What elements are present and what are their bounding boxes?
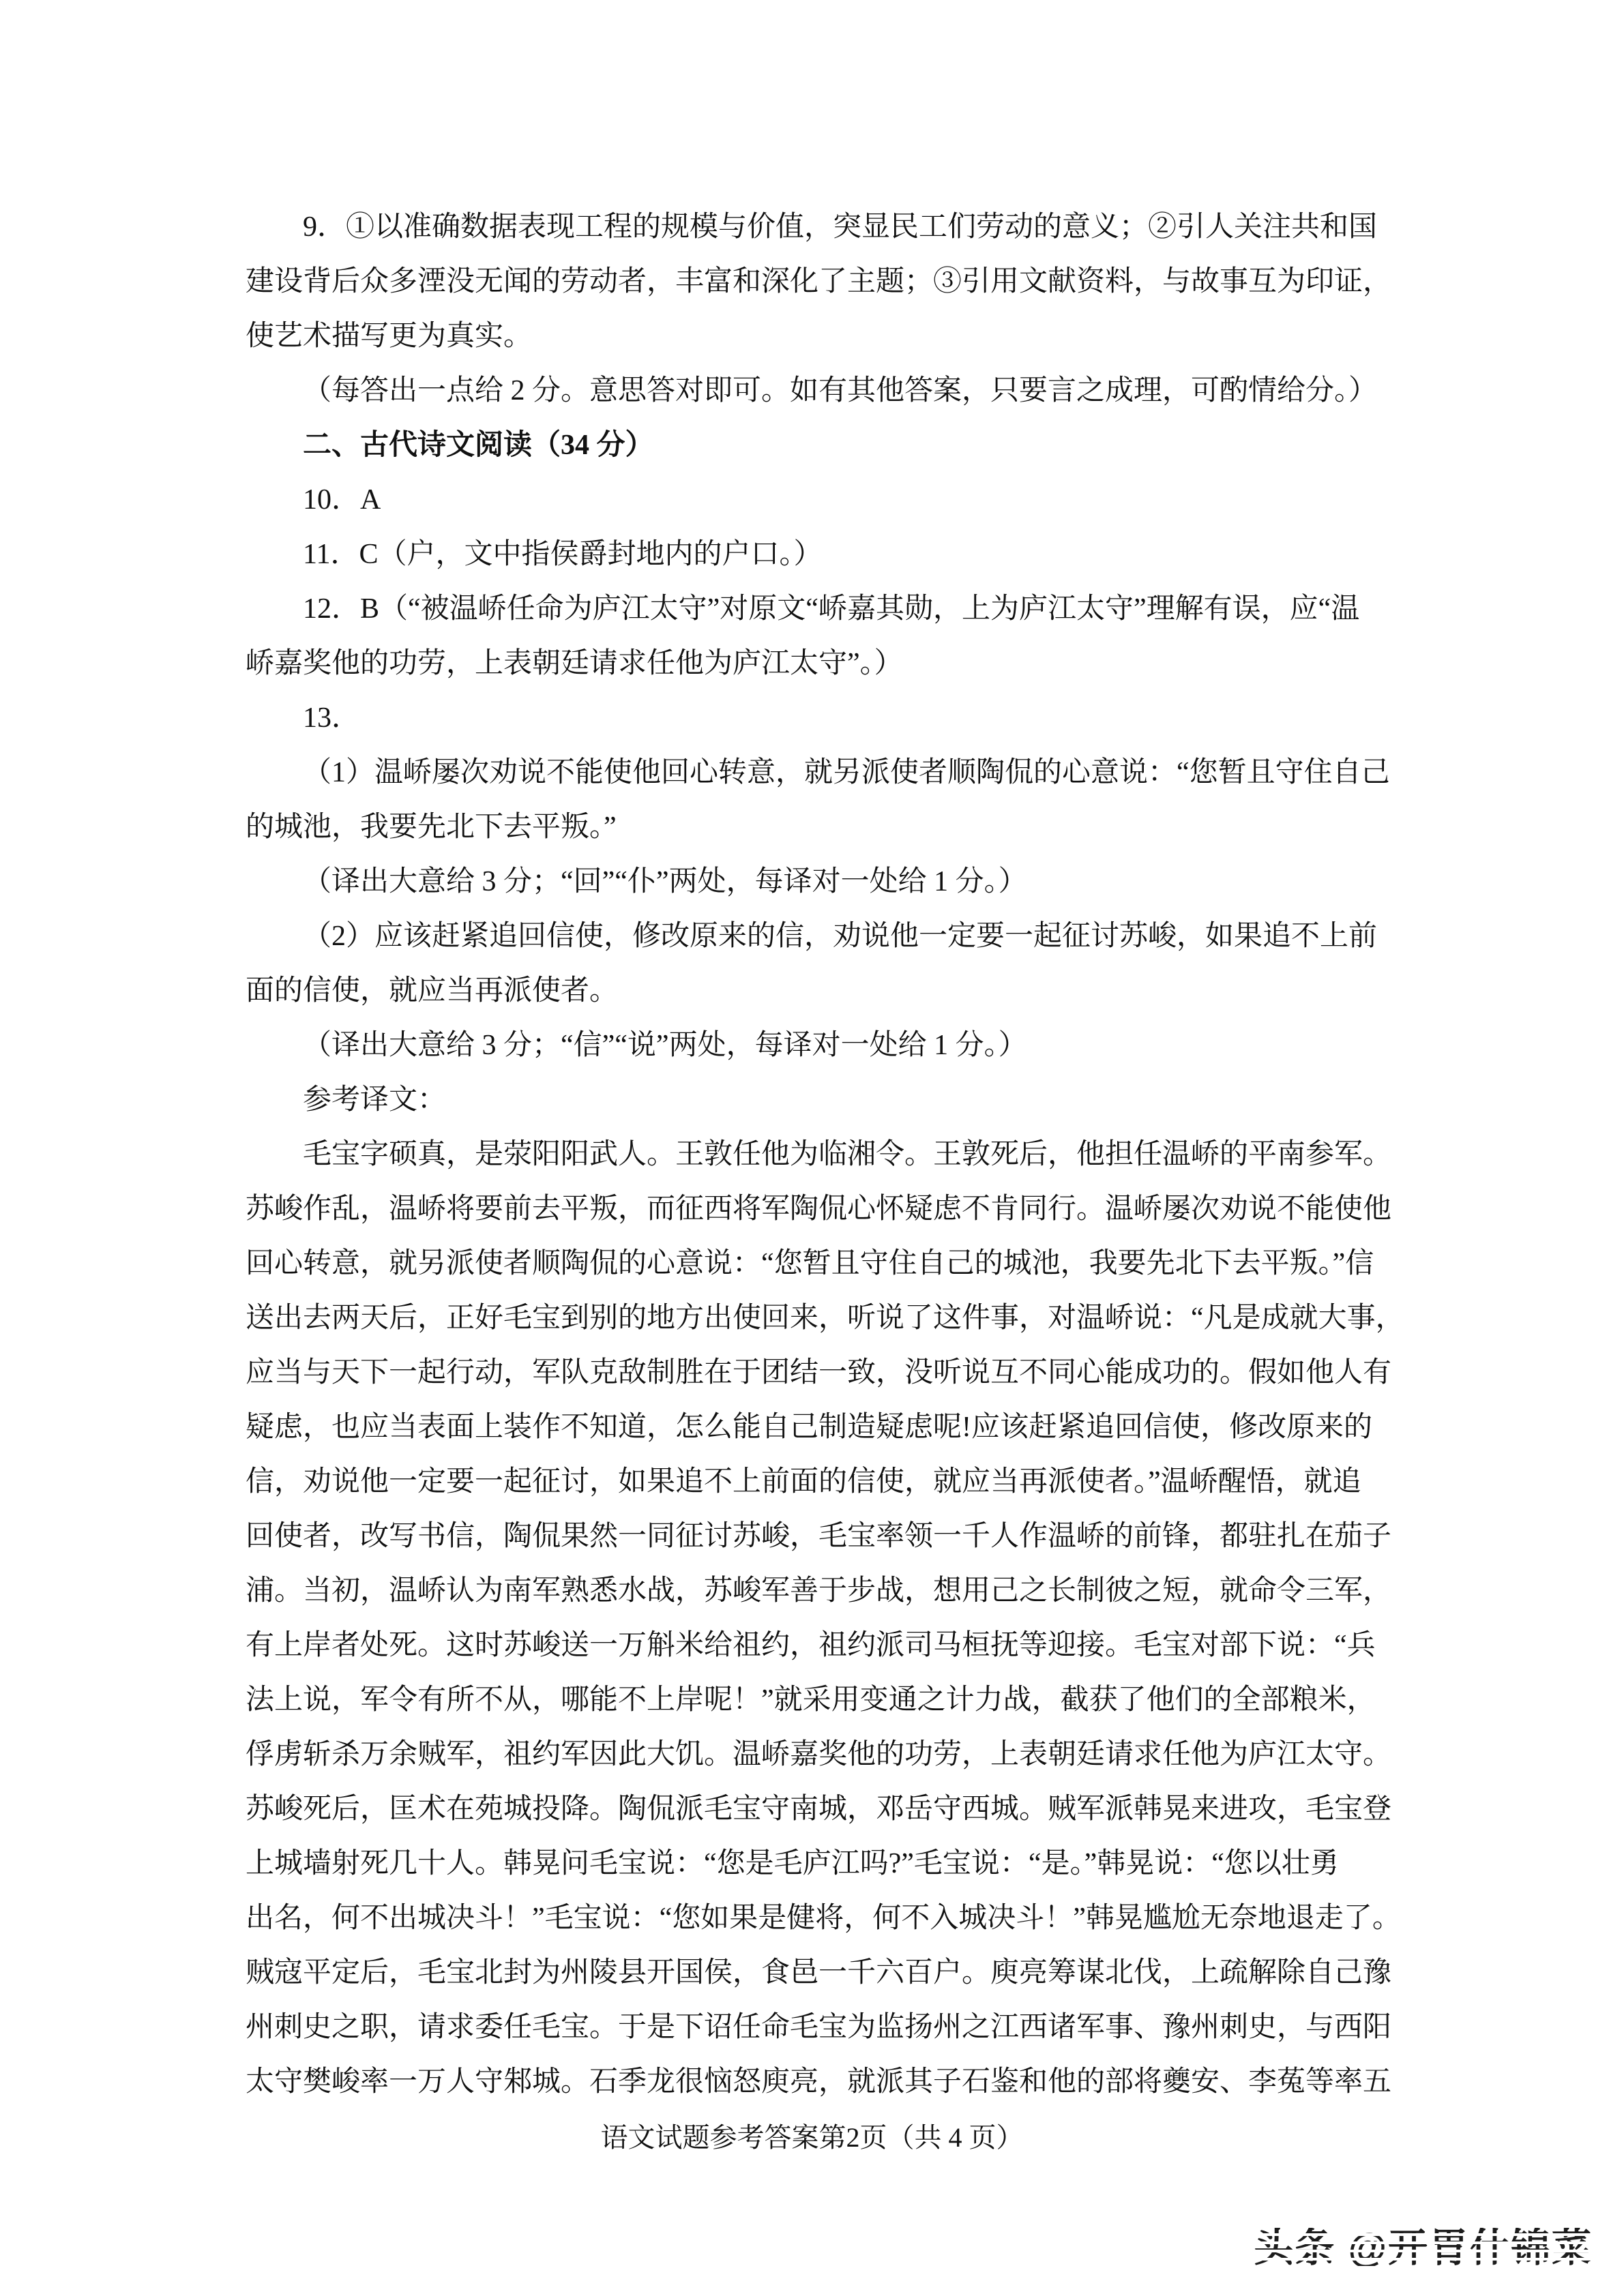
- page-footer: 语文试题参考答案第2页（共 4 页）: [0, 2111, 1624, 2165]
- text-line: 应当与天下一起行动，军队克敌制胜在于团结一致，没听说互不同心能成功的。假如他人有: [246, 1345, 1405, 1400]
- text-line: 13．: [246, 691, 1405, 745]
- answer-sheet-page: 9．①以准确数据表现工程的规模与价值，突显民工们劳动的意义；②引人关注共和国建设…: [0, 0, 1624, 2296]
- text-line: 参考译文：: [246, 1073, 1405, 1127]
- section-heading: 二、古代诗文阅读（34 分）: [246, 418, 1405, 473]
- text-line: 12．B（“被温峤任命为庐江太守”对原文“峤嘉其勋，上为庐江太守”理解有误，应“…: [246, 582, 1405, 636]
- text-line: （2）应该赶紧追回信使，修改原来的信，劝说他一定要一起征讨苏峻，如果追不上前: [246, 909, 1405, 964]
- watermark-text: 头条 @开胃什锦菜: [1254, 2226, 1593, 2270]
- text-line: （译出大意给 3 分；“信”“说”两处，每译对一处给 1 分。）: [246, 1018, 1405, 1073]
- text-line: 面的信使，就应当再派使者。: [246, 964, 1405, 1018]
- text-line: 毛宝字硕真，是荥阳阳武人。王敦任他为临湘令。王敦死后，他担任温峤的平南参军。: [246, 1127, 1405, 1182]
- text-line: 送出去两天后，正好毛宝到别的地方出使回来，听说了这件事，对温峤说：“凡是成就大事…: [246, 1291, 1405, 1345]
- text-line: 苏峻作乱，温峤将要前去平叛，而征西将军陶侃心怀疑虑不肯同行。温峤屡次劝说不能使他: [246, 1182, 1405, 1236]
- text-line: 有上岸者处死。这时苏峻送一万斛米给祖约，祖约派司马桓抚等迎接。毛宝对部下说：“兵: [246, 1618, 1405, 1673]
- text-line: 浦。当初，温峤认为南军熟悉水战，苏峻军善于步战，想用己之长制彼之短，就命令三军，: [246, 1564, 1405, 1618]
- text-line: 建设背后众多湮没无闻的劳动者，丰富和深化了主题；③引用文献资料，与故事互为印证，: [246, 254, 1405, 309]
- text-line: 法上说，军令有所不从，哪能不上岸呢！”就采用变通之计力战，截获了他们的全部粮米，: [246, 1673, 1405, 1727]
- text-line: 的城池，我要先北下去平叛。”: [246, 800, 1405, 854]
- text-line: 太守樊峻率一万人守邾城。石季龙很恼怒庾亮，就派其子石鉴和他的部将夔安、李菟等率五: [246, 2055, 1405, 2109]
- answer-text-block: 9．①以准确数据表现工程的规模与价值，突显民工们劳动的意义；②引人关注共和国建设…: [246, 200, 1405, 2109]
- text-line: 10．A: [246, 473, 1405, 527]
- text-line: 州刺史之职，请求委任毛宝。于是下诏任命毛宝为监扬州之江西诸军事、豫州刺史，与西阳: [246, 2000, 1405, 2055]
- text-line: 回使者，改写书信，陶侃果然一同征讨苏峻，毛宝率领一千人作温峤的前锋，都驻扎在茄子: [246, 1509, 1405, 1564]
- text-line: 苏峻死后，匡术在苑城投降。陶侃派毛宝守南城，邓岳守西城。贼军派韩晃来进攻，毛宝登: [246, 1782, 1405, 1836]
- text-line: （译出大意给 3 分；“回”“仆”两处，每译对一处给 1 分。）: [246, 854, 1405, 909]
- watermark: 头条 @开胃什锦菜: [1254, 2220, 1593, 2277]
- text-line: 信，劝说他一定要一起征讨，如果追不上前面的信使，就应当再派使者。”温峤醒悟，就追: [246, 1455, 1405, 1509]
- text-line: （每答出一点给 2 分。意思答对即可。如有其他答案，只要言之成理，可酌情给分。）: [246, 363, 1405, 418]
- text-line: 回心转意，就另派使者顺陶侃的心意说：“您暂且守住自己的城池，我要先北下去平叛。”…: [246, 1236, 1405, 1291]
- text-line: （1）温峤屡次劝说不能使他回心转意，就另派使者顺陶侃的心意说：“您暂且守住自己: [246, 745, 1405, 800]
- text-line: 峤嘉奖他的功劳，上表朝廷请求任他为庐江太守”。）: [246, 636, 1405, 691]
- text-line: 上城墙射死几十人。韩晃问毛宝说：“您是毛庐江吗?”毛宝说：“是。”韩晃说：“您以…: [246, 1836, 1405, 1891]
- text-line: 疑虑，也应当表面上装作不知道，怎么能自己制造疑虑呢!应该赶紧追回信使，修改原来的: [246, 1400, 1405, 1455]
- text-line: 贼寇平定后，毛宝北封为州陵县开国侯，食邑一千六百户。庾亮筹谋北伐，上疏解除自己豫: [246, 1945, 1405, 2000]
- text-line: 出名，何不出城决斗！”毛宝说：“您如果是健将，何不入城决斗！”韩晃尴尬无奈地退走…: [246, 1891, 1405, 1945]
- text-line: 俘虏斩杀万余贼军，祖约军因此大饥。温峤嘉奖他的功劳，上表朝廷请求任他为庐江太守。: [246, 1727, 1405, 1782]
- text-line: 11．C（户，文中指侯爵封地内的户口。）: [246, 527, 1405, 582]
- text-line: 使艺术描写更为真实。: [246, 309, 1405, 363]
- text-line: 9．①以准确数据表现工程的规模与价值，突显民工们劳动的意义；②引人关注共和国: [246, 200, 1405, 254]
